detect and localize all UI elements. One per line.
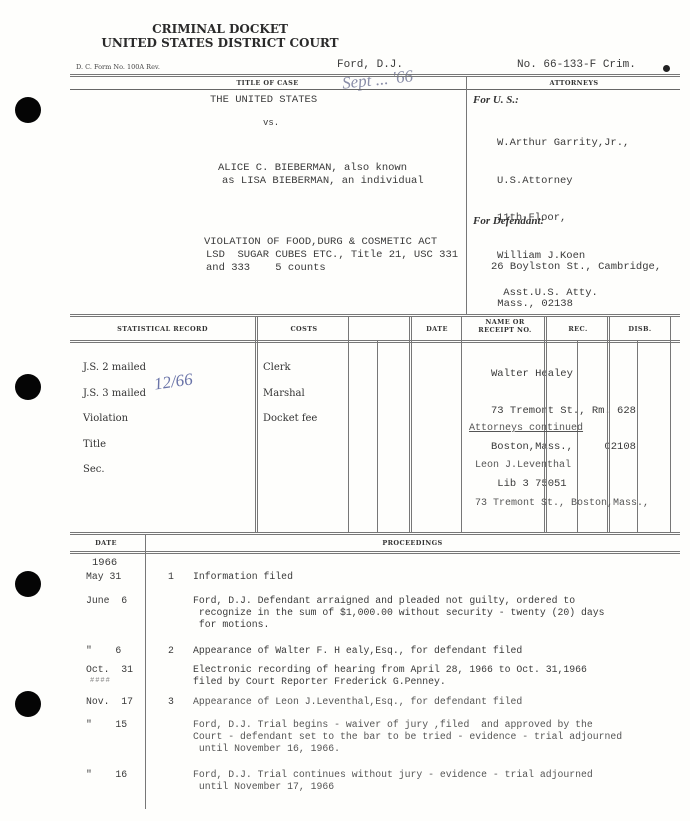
stat-item-title: Title xyxy=(83,432,146,458)
cost-item-marshal: Marshal xyxy=(263,381,317,407)
proceeding-date: June 6 xyxy=(86,595,127,607)
versus: vs. xyxy=(263,117,279,130)
proceeding-text: Appearance of Leon J.Leventhal,Esq., for… xyxy=(193,696,522,708)
bullet-mark xyxy=(663,65,670,72)
disb-header: DISB. xyxy=(610,325,670,333)
rule xyxy=(70,532,680,535)
stat-item-violation: Violation xyxy=(83,406,146,432)
proceeding-text-line: until November 17, 1966 xyxy=(193,781,593,793)
proceeding-text: Ford, D.J. Trial begins - waiver of jury… xyxy=(193,719,622,755)
plaintiff: THE UNITED STATES xyxy=(210,94,317,107)
name-receipt-header: NAME OR RECEIPT NO. xyxy=(464,318,546,334)
title-of-case-header: TITLE OF CASE xyxy=(70,79,465,87)
proceeding-date: Nov. 17 xyxy=(86,696,133,708)
proceeding-text-line: Information filed xyxy=(193,571,293,583)
proceedings-date-header: DATE xyxy=(70,539,142,547)
form-number: D. C. Form No. 100A Rev. xyxy=(76,63,160,71)
proceeding-date-mark: #### xyxy=(90,677,111,685)
divider xyxy=(670,316,671,532)
defendant-line1: ALICE C. BIEBERMAN, also known xyxy=(218,162,407,175)
docket-title: CRIMINAL DOCKET UNITED STATES DISTRICT C… xyxy=(60,22,380,50)
charge-line3: and 333 5 counts xyxy=(206,262,326,275)
stat-item-sec: Sec. xyxy=(83,457,146,483)
proceeding-text: Electronic recording of hearing from Apr… xyxy=(193,664,587,688)
cost-items: Clerk Marshal Docket fee xyxy=(263,355,317,432)
proceeding-date: " 15 xyxy=(86,719,127,731)
for-us-label: For U. S.: xyxy=(473,94,519,106)
statistical-items: J.S. 2 mailed J.S. 3 mailed Violation Ti… xyxy=(83,355,146,483)
docket-title-line2: UNITED STATES DISTRICT COURT xyxy=(60,36,380,50)
name-receipt-header-line2: RECEIPT NO. xyxy=(464,326,546,334)
for-defendant-label: For Defendant: xyxy=(473,215,544,227)
proceeding-text: Appearance of Walter F. H ealy,Esq., for… xyxy=(193,645,522,657)
proceeding-number: 3 xyxy=(168,696,174,708)
proceeding-text-line: Ford, D.J. Defendant arraigned and plead… xyxy=(193,595,605,607)
proceeding-text-line: Appearance of Leon J.Leventhal,Esq., for… xyxy=(193,696,522,708)
us-attorney-line: W.Arthur Garrity,Jr., xyxy=(497,137,629,150)
rule xyxy=(70,314,680,317)
divider xyxy=(461,316,462,532)
rule xyxy=(70,340,680,343)
case-number: No. 66-133-F Crim. xyxy=(517,59,636,71)
charge-line2: LSD SUGAR CUBES ETC., Title 21, USC 331 xyxy=(206,249,458,262)
divider xyxy=(466,76,467,314)
attorneys-continued-list: Leon J.Leventhal 73 Tremont St., Boston,… xyxy=(469,435,649,523)
divider xyxy=(348,316,349,532)
punch-hole xyxy=(15,691,41,717)
attorneys-continued-heading: Attorneys continued xyxy=(469,423,583,436)
proceeding-text-line: recognize in the sum of $1,000.00 withou… xyxy=(193,607,605,619)
proceeding-number: 1 xyxy=(168,571,174,583)
proceeding-text-line: for motions. xyxy=(193,619,605,631)
proceedings-header: PROCEEDINGS xyxy=(145,539,680,547)
stat-item-js3: J.S. 3 mailed xyxy=(83,381,146,407)
us-attorney-line: U.S.Attorney xyxy=(497,175,629,188)
proceeding-text-line: Court - defendant set to the bar to be t… xyxy=(193,731,622,743)
proceeding-date: " 16 xyxy=(86,769,127,781)
continued-attorney-line: 73 Tremont St., Boston,Mass., xyxy=(469,498,649,511)
proceeding-date: " 6 xyxy=(86,645,121,657)
punch-hole xyxy=(15,571,41,597)
name-receipt-header-line1: NAME OR xyxy=(464,318,546,326)
cost-item-clerk: Clerk xyxy=(263,355,317,381)
divider xyxy=(409,316,412,532)
costs-header: COSTS xyxy=(258,325,350,333)
rule xyxy=(70,74,680,77)
proceeding-number: 2 xyxy=(168,645,174,657)
rule xyxy=(70,551,680,554)
proceeding-text: Ford, D.J. Trial continues without jury … xyxy=(193,769,593,793)
proceeding-text-line: Electronic recording of hearing from Apr… xyxy=(193,664,587,676)
proceeding-text-line: until November 16, 1966. xyxy=(193,743,622,755)
divider xyxy=(255,316,258,532)
divider xyxy=(377,340,378,532)
stat-item-js2: J.S. 2 mailed xyxy=(83,355,146,381)
proceeding-date: May 31 xyxy=(86,571,121,583)
defendant-attorney-line: Mass., 02138 xyxy=(491,298,661,310)
rec-header: REC. xyxy=(548,325,608,333)
docket-title-line1: CRIMINAL DOCKET xyxy=(60,22,380,36)
punch-hole xyxy=(15,97,41,123)
defendant-attorney-line: 26 Boylston St., Cambridge, xyxy=(491,261,661,273)
proceeding-date: Oct. 31 xyxy=(86,664,133,676)
proceeding-text-line: filed by Court Reporter Frederick G.Penn… xyxy=(193,676,587,688)
statistical-record-header: STATISTICAL RECORD xyxy=(70,325,255,333)
proceeding-text: Information filed xyxy=(193,571,293,583)
attorneys-header: ATTORNEYS xyxy=(468,79,680,87)
proceeding-text-line: Appearance of Walter F. H ealy,Esq., for… xyxy=(193,645,522,657)
rule xyxy=(70,89,680,90)
date-header: DATE xyxy=(412,325,462,333)
charge-line1: VIOLATION OF FOOD,DURG & COSMETIC ACT xyxy=(204,236,437,249)
cost-item-docket-fee: Docket fee xyxy=(263,406,317,432)
js3-handwritten-date: 12/66 xyxy=(153,369,194,394)
proceedings-year: 1966 xyxy=(92,557,117,569)
continued-attorney-line: Leon J.Leventhal xyxy=(469,460,649,473)
proceeding-text: Ford, D.J. Defendant arraigned and plead… xyxy=(193,595,605,631)
proceeding-text-line: Ford, D.J. Trial begins - waiver of jury… xyxy=(193,719,622,731)
proceeding-text-line: Ford, D.J. Trial continues without jury … xyxy=(193,769,593,781)
punch-hole xyxy=(15,374,41,400)
defendant-line2: as LISA BIEBERMAN, an individual xyxy=(222,175,424,188)
divider xyxy=(145,534,146,809)
